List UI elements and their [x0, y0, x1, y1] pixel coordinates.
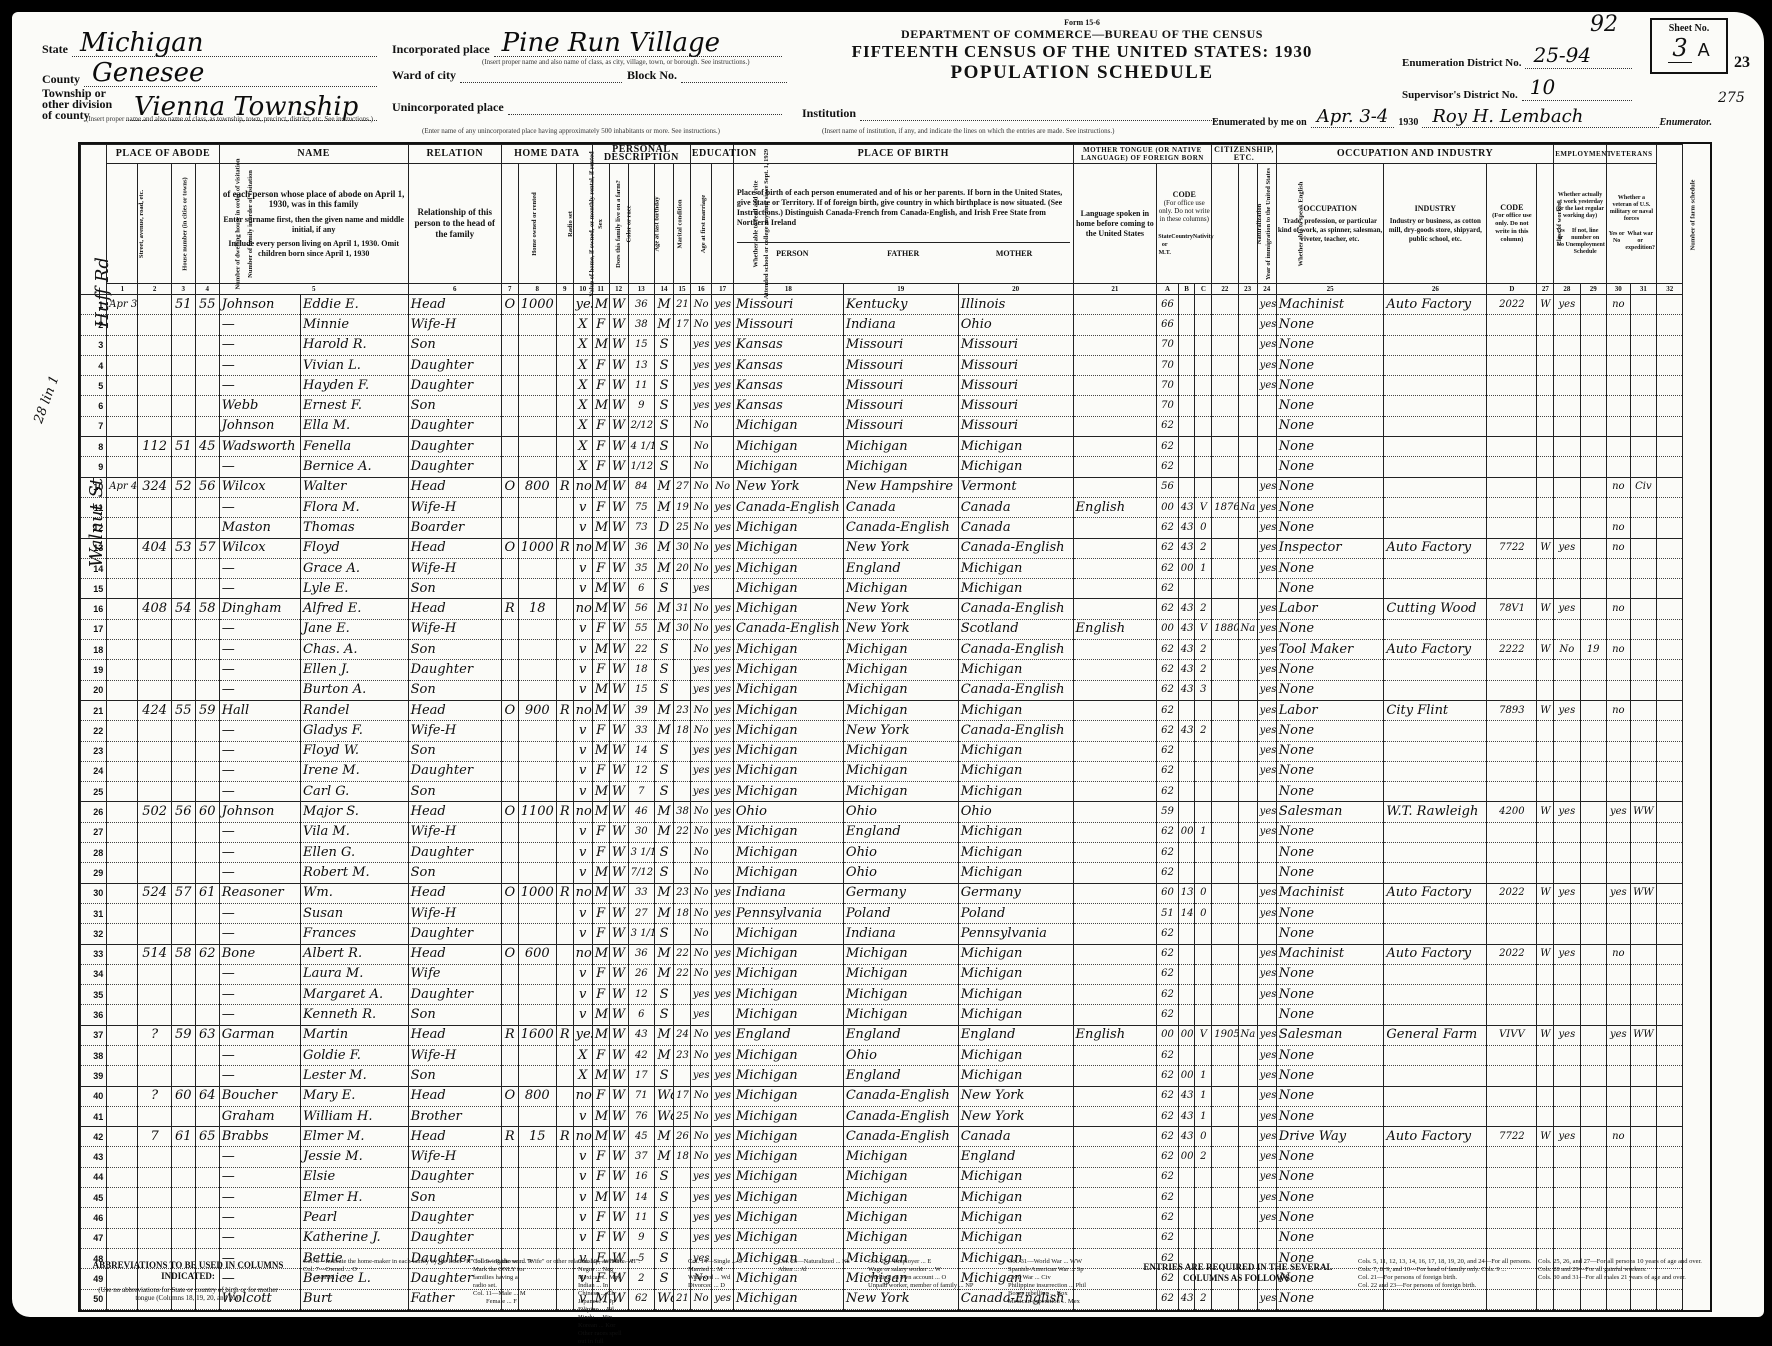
abbreviations-note: (Use no abbreviations for State or count…: [88, 1286, 288, 1302]
cell-age: 12: [628, 985, 654, 1005]
cell-language: English: [1073, 497, 1157, 517]
cell-house: [138, 1147, 171, 1167]
cell-marital: M: [654, 700, 673, 720]
cell-war: [1630, 619, 1656, 639]
cell-occupation: Labor: [1276, 599, 1384, 619]
cell--farmsched: [1657, 619, 1683, 639]
cell-at-work: [1554, 1045, 1580, 1065]
census-row: 11—Flora M.Wife-HvFW75M19NoyesCanada-Eng…: [81, 497, 1710, 517]
cell-naturalization: [1238, 1167, 1257, 1187]
cell-dwelling: 57: [171, 883, 195, 903]
cell-war: [1630, 700, 1656, 720]
cell-industry: City Flint: [1384, 700, 1487, 720]
cell-code-a: 62: [1157, 822, 1179, 842]
cell-dwelling: [171, 985, 195, 1005]
cell-farm: v: [573, 741, 592, 761]
cell-age: 36: [628, 295, 654, 315]
cell-farm: v: [573, 1106, 592, 1126]
cell-naturalization: [1238, 518, 1257, 538]
cell-given: Margaret A.: [301, 985, 409, 1005]
cell-farm: v: [573, 782, 592, 802]
cell-house: [138, 355, 171, 375]
cell-unemp: [1580, 1045, 1606, 1065]
cell-naturalization: [1238, 822, 1257, 842]
cell-occupation: None: [1276, 518, 1384, 538]
cell-given: Jessie M.: [301, 1147, 409, 1167]
cell--farmsched: [1657, 1005, 1683, 1025]
cell-naturalization: [1238, 985, 1257, 1005]
cell-occ-code: [1487, 335, 1537, 355]
cell-house: [138, 985, 171, 1005]
cell-school: yes: [690, 396, 712, 416]
cell-english: yes: [1257, 1188, 1276, 1208]
cell-code-b: 43: [1178, 1127, 1195, 1147]
cell-value: 800: [518, 1086, 556, 1106]
cell-owned: [501, 660, 518, 680]
cell-english: [1257, 1005, 1276, 1025]
cell-immigration: [1212, 924, 1238, 944]
cell-code-c: 2: [1195, 660, 1212, 680]
cell-unemp: [1580, 579, 1606, 599]
cell-occupation: Machinist: [1276, 883, 1384, 903]
cell-birth-father: Canada-English: [843, 518, 958, 538]
cell-class: [1537, 335, 1554, 355]
cell-birth-mother: Michigan: [958, 741, 1073, 761]
census-row: 17—Jane E.Wife-HvFW55M30NoyesCanada-Engl…: [81, 619, 1710, 639]
cell-house: [138, 558, 171, 578]
cell-farm: v: [573, 680, 592, 700]
cell--farmsched: [1657, 660, 1683, 680]
cell-value: [518, 558, 556, 578]
cell-family: [195, 1167, 219, 1187]
cell-age-marriage: [674, 843, 691, 863]
cell-age-marriage: 25: [674, 1106, 691, 1126]
cell-family: [195, 1188, 219, 1208]
cell-occ-code: [1487, 1005, 1537, 1025]
cell-value: [518, 335, 556, 355]
cell-veteran: no: [1606, 640, 1630, 660]
cell-school: yes: [690, 782, 712, 802]
cell-age: 4 1/12: [628, 437, 654, 457]
cell-naturalization: [1238, 558, 1257, 578]
cell-occupation: None: [1276, 680, 1384, 700]
cell-relation: Wife-H: [408, 619, 501, 639]
cell-family: [195, 518, 219, 538]
cell-read: yes: [712, 761, 734, 781]
cell-occ-code: [1487, 1066, 1537, 1086]
cell-industry: [1384, 964, 1487, 984]
cell-school: No: [690, 863, 712, 883]
cell-age-marriage: [674, 1066, 691, 1086]
cell-read: yes: [712, 1127, 734, 1147]
cell-relation: Wife-H: [408, 822, 501, 842]
cell-code-b: 00: [1178, 822, 1195, 842]
cell-naturalization: [1238, 782, 1257, 802]
cell-read: [712, 924, 734, 944]
group-occupation: OCCUPATION AND INDUSTRY: [1276, 145, 1553, 164]
census-row: 15—Lyle E.SonvMW6SyesMichiganMichiganMic…: [81, 579, 1710, 599]
cell-war: [1630, 538, 1656, 558]
cell-owned: O: [501, 477, 518, 497]
cell-birth-mother: Michigan: [958, 761, 1073, 781]
cell-immigration: [1212, 1208, 1238, 1228]
cell-occupation: None: [1276, 477, 1384, 497]
cell-sex: F: [592, 1167, 609, 1187]
cell-race: W: [609, 315, 628, 335]
cell-street: [107, 1045, 138, 1065]
cell-naturalization: [1238, 964, 1257, 984]
institution-field: Institution: [802, 106, 1222, 121]
cell-family: 62: [195, 944, 219, 964]
cell-language: [1073, 700, 1157, 720]
cell-immigration: [1212, 1106, 1238, 1126]
cell-read: yes: [712, 1188, 734, 1208]
cell-house: [138, 315, 171, 335]
cell-naturalization: [1238, 1127, 1257, 1147]
cell-school: No: [690, 457, 712, 477]
cell-birth-mother: Michigan: [958, 1208, 1073, 1228]
cell-family: 61: [195, 883, 219, 903]
cell-birth-person: Michigan: [733, 1127, 843, 1147]
cell-family: [195, 619, 219, 639]
group-abode: PLACE OF ABODE: [107, 145, 219, 164]
cell-birth-person: Michigan: [733, 721, 843, 741]
column-number-row: 1234 56 78910 1112131415 1617 181920 21 …: [81, 284, 1710, 295]
cell-house: [138, 863, 171, 883]
cell-language: [1073, 721, 1157, 741]
cell-class: [1537, 924, 1554, 944]
cell-dwelling: [171, 355, 195, 375]
cell-birth-person: Michigan: [733, 1208, 843, 1228]
cell-relation: Head: [408, 477, 501, 497]
unincorporated-field: Unincorporated place: [392, 100, 782, 115]
cell-marital: S: [654, 985, 673, 1005]
cell-owned: [501, 640, 518, 660]
cell-code-b: [1178, 335, 1195, 355]
group-education: EDUCATION: [690, 145, 733, 164]
cell-read: yes: [712, 518, 734, 538]
cell-relation: Daughter: [408, 1228, 501, 1248]
cell-unemp: [1580, 883, 1606, 903]
cell-at-work: [1554, 477, 1580, 497]
cell-surname: —: [219, 1228, 300, 1248]
cell-occ-code: [1487, 1208, 1537, 1228]
cell-farm: v: [573, 863, 592, 883]
cell-dwelling: [171, 497, 195, 517]
cell-street: [107, 1005, 138, 1025]
cell-birth-person: Michigan: [733, 1045, 843, 1065]
cell-at-work: [1554, 1167, 1580, 1187]
cell-age: 9: [628, 1228, 654, 1248]
cell-school: No: [690, 903, 712, 923]
farm-schedule-header: Number of farm schedule: [1657, 145, 1683, 284]
cell-house: [138, 1208, 171, 1228]
industry-header: INDUSTRY Industry or business, as cotton…: [1384, 164, 1487, 284]
cell-house: [138, 1045, 171, 1065]
cell-english: [1257, 1228, 1276, 1248]
cell-value: 1000: [518, 538, 556, 558]
cell-house: [138, 416, 171, 436]
cell-race: W: [609, 782, 628, 802]
cell-given: Gladys F.: [301, 721, 409, 741]
cell-naturalization: [1238, 538, 1257, 558]
footer-col25: Col. 25—Employer ... E Wage or salary wo…: [868, 1258, 974, 1290]
cell-owned: [501, 1167, 518, 1187]
cell-read: No: [712, 477, 734, 497]
line-number: 25: [81, 782, 107, 802]
cell-read: yes: [712, 497, 734, 517]
cell-at-work: [1554, 518, 1580, 538]
cell-veteran: no: [1606, 700, 1630, 720]
cell-code-c: V: [1195, 1025, 1212, 1045]
cell-dwelling: [171, 680, 195, 700]
cell-class: [1537, 1005, 1554, 1025]
group-personal: PERSONAL DESCRIPTION: [592, 145, 690, 164]
cell-birth-person: Michigan: [733, 782, 843, 802]
cell-house: 424: [138, 700, 171, 720]
cell-school: No: [690, 1147, 712, 1167]
cell-code-a: 62: [1157, 761, 1179, 781]
cell-naturalization: [1238, 1086, 1257, 1106]
cell-naturalization: [1238, 457, 1257, 477]
cell-occupation: None: [1276, 396, 1384, 416]
cell-age: 45: [628, 1127, 654, 1147]
cell-age: 33: [628, 721, 654, 741]
cell-school: No: [690, 802, 712, 822]
cell-race: W: [609, 437, 628, 457]
cell--farmsched: [1657, 985, 1683, 1005]
cell-radio: [556, 457, 573, 477]
cell-code-a: 62: [1157, 985, 1179, 1005]
cell-relation: Head: [408, 802, 501, 822]
cell-code-a: 62: [1157, 863, 1179, 883]
cell-birth-father: Indiana: [843, 315, 958, 335]
cell-english: yes: [1257, 1045, 1276, 1065]
cell-read: yes: [712, 782, 734, 802]
cell-given: Hayden F.: [301, 376, 409, 396]
cell-war: WW: [1630, 802, 1656, 822]
cell-class: [1537, 660, 1554, 680]
cell-read: yes: [712, 558, 734, 578]
cell-class: W: [1537, 700, 1554, 720]
cell-farm: v: [573, 497, 592, 517]
cell-unemp: [1580, 416, 1606, 436]
cell-industry: [1384, 680, 1487, 700]
cell-code-c: [1195, 1188, 1212, 1208]
cell-farm: v: [573, 1005, 592, 1025]
cell-value: [518, 518, 556, 538]
cell-birth-father: Canada: [843, 497, 958, 517]
cell-radio: [556, 863, 573, 883]
cell-language: [1073, 1208, 1157, 1228]
cell-surname: Wilcox: [219, 538, 300, 558]
cell-immigration: [1212, 741, 1238, 761]
cell-code-c: [1195, 924, 1212, 944]
cell-war: [1630, 782, 1656, 802]
cell-radio: [556, 599, 573, 619]
cell-birth-father: Michigan: [843, 700, 958, 720]
census-row: 7JohnsonElla M.DaughterXFW2/12SNoMichiga…: [81, 416, 1710, 436]
cell-street: [107, 964, 138, 984]
cell-value: [518, 782, 556, 802]
cell-house: [138, 1188, 171, 1208]
cell-immigration: [1212, 761, 1238, 781]
cell-value: [518, 1188, 556, 1208]
cell-language: [1073, 863, 1157, 883]
cell-naturalization: [1238, 1066, 1257, 1086]
cell-industry: [1384, 1045, 1487, 1065]
ward-value: [460, 82, 622, 83]
cell-farm: no: [573, 477, 592, 497]
cell-birth-father: England: [843, 1066, 958, 1086]
cell-war: [1630, 437, 1656, 457]
cell-radio: [556, 518, 573, 538]
enumerated-date: Apr. 3-4: [1311, 106, 1395, 128]
cell-immigration: [1212, 376, 1238, 396]
cell-sex: F: [592, 1045, 609, 1065]
cell-age-marriage: [674, 782, 691, 802]
cell-birth-person: Missouri: [733, 315, 843, 335]
cell--farmsched: [1657, 741, 1683, 761]
cell-code-a: 70: [1157, 396, 1179, 416]
cell-unemp: [1580, 538, 1606, 558]
radio-header: Radio set: [556, 164, 573, 284]
cell-birth-mother: Michigan: [958, 1045, 1073, 1065]
cell-war: [1630, 579, 1656, 599]
cell-code-c: 2: [1195, 599, 1212, 619]
cell-value: [518, 660, 556, 680]
cell-veteran: [1606, 782, 1630, 802]
cell-owned: [501, 761, 518, 781]
cell-occ-code: 7722: [1487, 538, 1537, 558]
cell-birth-father: England: [843, 1025, 958, 1045]
sheet-label: Sheet No.: [1652, 23, 1726, 34]
cell-industry: [1384, 558, 1487, 578]
cell-code-a: 70: [1157, 355, 1179, 375]
cell-sex: F: [592, 985, 609, 1005]
cell-unemp: [1580, 782, 1606, 802]
cell-naturalization: Na: [1238, 497, 1257, 517]
group-name: NAME: [219, 145, 408, 164]
line-number: 9: [81, 457, 107, 477]
cell-code-b: 43: [1178, 1086, 1195, 1106]
cell-farm: v: [573, 660, 592, 680]
cell-veteran: [1606, 619, 1630, 639]
cell-naturalization: [1238, 477, 1257, 497]
cell-family: [195, 903, 219, 923]
group-veterans: VETERANS: [1606, 145, 1656, 164]
cell-code-c: 3: [1195, 680, 1212, 700]
cell-marital: S: [654, 457, 673, 477]
cell-house: [138, 1066, 171, 1086]
block-value: [681, 82, 787, 83]
cell-war: [1630, 944, 1656, 964]
cell-code-b: [1178, 477, 1195, 497]
cell-family: [195, 1005, 219, 1025]
cell-race: W: [609, 518, 628, 538]
cell-birth-mother: Michigan: [958, 660, 1073, 680]
cell-occ-code: [1487, 416, 1537, 436]
cell-relation: Son: [408, 1066, 501, 1086]
census-row: 335145862BoneAlbert R.HeadO600noMW36M22N…: [81, 944, 1710, 964]
cell--farmsched: [1657, 964, 1683, 984]
cell-marital: S: [654, 1066, 673, 1086]
cell-age: 11: [628, 376, 654, 396]
cell-read: [712, 437, 734, 457]
cell-radio: R: [556, 1025, 573, 1045]
census-row: 44—ElsieDaughtervFW16SyesyesMichiganMich…: [81, 1167, 1710, 1187]
cell-age-marriage: [674, 660, 691, 680]
cell-sex: F: [592, 721, 609, 741]
cell-relation: Brother: [408, 1106, 501, 1126]
cell-read: yes: [712, 599, 734, 619]
cell-industry: [1384, 741, 1487, 761]
cell-relation: Head: [408, 1086, 501, 1106]
population-table: PLACE OF ABODE NAME RELATION HOME DATA P…: [78, 142, 1712, 1312]
cell-at-work: yes: [1554, 944, 1580, 964]
cell-english: yes: [1257, 1025, 1276, 1045]
cell-age-marriage: 21: [674, 295, 691, 315]
cell-english: yes: [1257, 538, 1276, 558]
cell-naturalization: [1238, 843, 1257, 863]
cell-immigration: [1212, 1045, 1238, 1065]
cell-given: Ella M.: [301, 416, 409, 436]
cell-house: [138, 924, 171, 944]
cell-class: [1537, 497, 1554, 517]
cell--farmsched: [1657, 416, 1683, 436]
cell-birth-father: Michigan: [843, 964, 958, 984]
abbreviations-footer: ABBREVIATIONS TO BE USED IN COLUMNS INDI…: [78, 1252, 1712, 1310]
cell-street: [107, 903, 138, 923]
cell-war: [1630, 761, 1656, 781]
cell-dwelling: [171, 660, 195, 680]
cell-code-c: 0: [1195, 883, 1212, 903]
cell-war: [1630, 1045, 1656, 1065]
cell-occupation: None: [1276, 558, 1384, 578]
cell-school: yes: [690, 660, 712, 680]
cell-industry: [1384, 335, 1487, 355]
group-birth: PLACE OF BIRTH: [733, 145, 1073, 164]
cell-family: [195, 680, 219, 700]
line-number: 3: [81, 335, 107, 355]
unincorporated-value: [508, 114, 782, 115]
cell-veteran: yes: [1606, 802, 1630, 822]
cell-marital: S: [654, 761, 673, 781]
cell-code-a: 62: [1157, 1005, 1179, 1025]
cell--farmsched: [1657, 640, 1683, 660]
cell-english: [1257, 843, 1276, 863]
cell-class: W: [1537, 1025, 1554, 1045]
cell-unemp: [1580, 315, 1606, 335]
cell-veteran: [1606, 1106, 1630, 1126]
cell-occ-code: [1487, 1086, 1537, 1106]
cell-house: [138, 579, 171, 599]
cell-given: Jane E.: [301, 619, 409, 639]
cell-dwelling: [171, 416, 195, 436]
cell-given: Ellen J.: [301, 660, 409, 680]
cell-unemp: [1580, 619, 1606, 639]
cell-age-marriage: 19: [674, 497, 691, 517]
cell-occ-code: [1487, 680, 1537, 700]
department-title: DEPARTMENT OF COMMERCE—BUREAU OF THE CEN…: [822, 27, 1342, 42]
cell-sex: F: [592, 761, 609, 781]
cell-immigration: [1212, 599, 1238, 619]
supervisor-district-field: Supervisor's District No. 10: [1402, 74, 1632, 101]
cell-occ-code: 78V1: [1487, 599, 1537, 619]
cell-dwelling: [171, 457, 195, 477]
cell-war: [1630, 457, 1656, 477]
naturalization-header: Naturalization: [1238, 164, 1257, 284]
